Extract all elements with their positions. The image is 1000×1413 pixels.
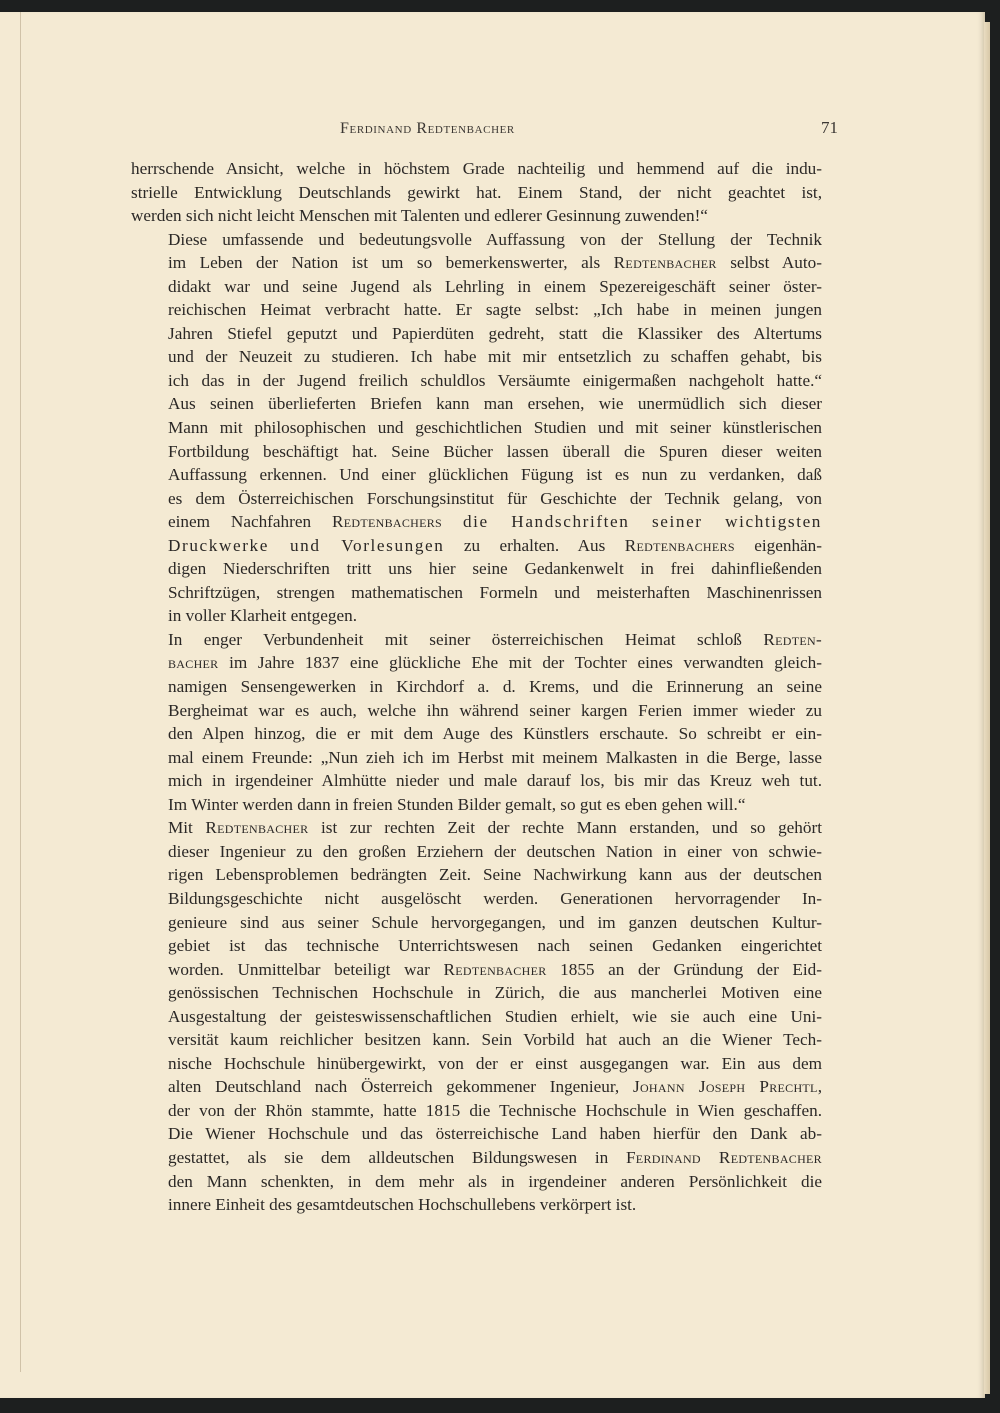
- text-line: rigen Lebensproblemen bedrängten Zeit. S…: [131, 863, 822, 887]
- text-line: Mit Redtenbacher ist zur rechten Zeit de…: [131, 816, 822, 840]
- text-line: Druckwerke und Vorlesungen zu erhalten. …: [131, 534, 822, 558]
- binding-line: [20, 12, 21, 1372]
- text-line: Aus seinen überlieferten Briefen kann ma…: [131, 392, 822, 416]
- page-number: 71: [821, 118, 838, 138]
- text-line: alten Deutschland nach Österreich gekomm…: [131, 1075, 822, 1099]
- text-line: worden. Unmittelbar beteiligt war Redten…: [131, 958, 822, 982]
- running-title: Ferdinand Redtenbacher: [340, 120, 515, 138]
- text-line: Bergheimat war es auch, welche ihn währe…: [131, 699, 822, 723]
- spaced-emphasis: Druckwerke und Vorlesungen: [168, 536, 444, 555]
- text-line: strielle Entwicklung Deutschlands gewirk…: [131, 181, 822, 205]
- text-line: bacher im Jahre 1837 eine glückliche Ehe…: [131, 651, 822, 675]
- small-caps-name: Redtenbacher: [205, 818, 308, 837]
- text-line: Mann mit philosophischen und geschichtli…: [131, 416, 822, 440]
- text-line: namigen Sensengewerken in Kirchdorf a. d…: [131, 675, 822, 699]
- text-line: innere Einheit des gesamtdeutschen Hochs…: [131, 1193, 822, 1217]
- small-caps-name: Redtenbachers: [625, 536, 735, 555]
- text-line: den Mann schenkten, in dem mehr als in i…: [131, 1170, 822, 1194]
- text-line: Im Winter werden dann in freien Stunden …: [131, 793, 822, 817]
- running-head: Ferdinand Redtenbacher 71: [130, 118, 830, 138]
- text-line: gestattet, als sie dem alldeutschen Bild…: [131, 1146, 822, 1170]
- text-line: im Leben der Nation ist um so bemerkensw…: [131, 251, 822, 275]
- text-line: Auffassung erkennen. Und einer glücklich…: [131, 463, 822, 487]
- text-line: ich das in der Jugend freilich schuldlos…: [131, 369, 822, 393]
- text-line: didakt war und seine Jugend als Lehrling…: [131, 275, 822, 299]
- paragraph: In enger Verbundenheit mit seiner österr…: [131, 628, 822, 816]
- small-caps-name: Redtenbacher: [443, 960, 546, 979]
- text-line: den Alpen hinzog, die er mit dem Auge de…: [131, 722, 822, 746]
- small-caps-name: Redtenbacher: [614, 253, 717, 272]
- text-line: werden sich nicht leicht Menschen mit Ta…: [131, 204, 822, 228]
- small-caps-name: Johann Joseph Prechtl: [633, 1077, 818, 1096]
- text-line: und der Neuzeit zu studieren. Ich habe m…: [131, 345, 822, 369]
- text-line: In enger Verbundenheit mit seiner österr…: [131, 628, 822, 652]
- text-line: Bildungsgeschichte nicht ausgelöscht wer…: [131, 887, 822, 911]
- text-line: einem Nachfahren Redtenbachers die Hands…: [131, 510, 822, 534]
- text-line: es dem Österreichischen Forschungsinstit…: [131, 487, 822, 511]
- text-line: Diese umfassende und bedeutungsvolle Auf…: [131, 228, 822, 252]
- text-line: digen Niederschriften tritt uns hier sei…: [131, 557, 822, 581]
- text-line: in voller Klarheit entgegen.: [131, 604, 822, 628]
- text-line: herrschende Ansicht, welche in höchstem …: [131, 157, 822, 181]
- paragraph: herrschende Ansicht, welche in höchstem …: [131, 157, 822, 228]
- text-line: Jahren Stiefel geputzt und Papierdüten g…: [131, 322, 822, 346]
- text-line: nische Hochschule hinübergewirkt, von de…: [131, 1052, 822, 1076]
- text-line: versität kaum reichlicher besitzen kann.…: [131, 1028, 822, 1052]
- spaced-emphasis: die Handschriften seiner wichtigsten: [463, 512, 822, 531]
- page-edge: [984, 22, 990, 1394]
- small-caps-name: Ferdinand Redtenbacher: [626, 1148, 822, 1167]
- text-line: mal einem Freunde: „Nun zieh ich im Herb…: [131, 746, 822, 770]
- text-line: Fortbildung beschäftigt hat. Seine Büche…: [131, 440, 822, 464]
- text-line: Schriftzügen, strengen mathematischen Fo…: [131, 581, 822, 605]
- body-text: herrschende Ansicht, welche in höchstem …: [131, 157, 822, 1217]
- text-line: genieure sind aus seiner Schule hervorge…: [131, 911, 822, 935]
- text-line: der von der Rhön stammte, hatte 1815 die…: [131, 1099, 822, 1123]
- text-line: Ausgestaltung der geisteswissenschaftlic…: [131, 1005, 822, 1029]
- text-line: reichischen Heimat verbracht hatte. Er s…: [131, 298, 822, 322]
- text-line: dieser Ingenieur zu den großen Erziehern…: [131, 840, 822, 864]
- text-line: gebiet ist das technische Unterrichtswes…: [131, 934, 822, 958]
- paragraph: Mit Redtenbacher ist zur rechten Zeit de…: [131, 816, 822, 1216]
- small-caps-name: bacher: [168, 653, 218, 672]
- paragraph: Diese umfassende und bedeutungsvolle Auf…: [131, 228, 822, 628]
- small-caps-name: Redten-: [763, 630, 822, 649]
- small-caps-name: Redtenbachers: [332, 512, 442, 531]
- text-line: mich in irgendeiner Almhütte nieder und …: [131, 769, 822, 793]
- text-line: genössischen Technischen Hochschule in Z…: [131, 981, 822, 1005]
- text-line: Die Wiener Hochschule und das österreich…: [131, 1122, 822, 1146]
